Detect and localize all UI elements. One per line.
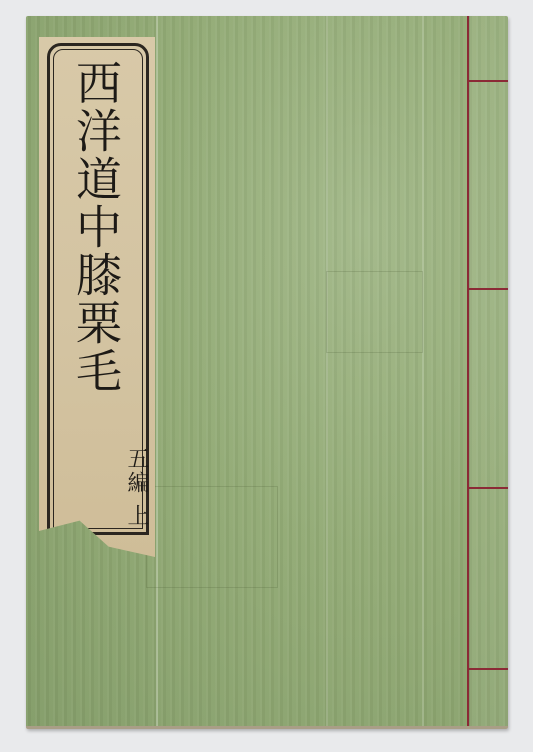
paper-crease — [326, 16, 328, 726]
paper-crease — [156, 16, 158, 726]
binding-stitch — [467, 668, 508, 670]
embossed-pattern — [326, 271, 423, 353]
book-title: 西洋道中膝栗毛 — [61, 59, 123, 395]
title-slip: 西洋道中膝栗毛 五編 上 — [39, 37, 155, 557]
book-cover: 西洋道中膝栗毛 五編 上 — [26, 16, 508, 729]
embossed-pattern — [146, 486, 278, 588]
binding-stitch — [467, 288, 508, 290]
binding-thread — [467, 16, 469, 726]
binding-stitch — [467, 80, 508, 82]
paper-crease — [422, 16, 424, 726]
binding-stitch — [467, 487, 508, 489]
spine-edge — [469, 16, 509, 726]
volume-label: 五編 上 — [119, 447, 149, 528]
